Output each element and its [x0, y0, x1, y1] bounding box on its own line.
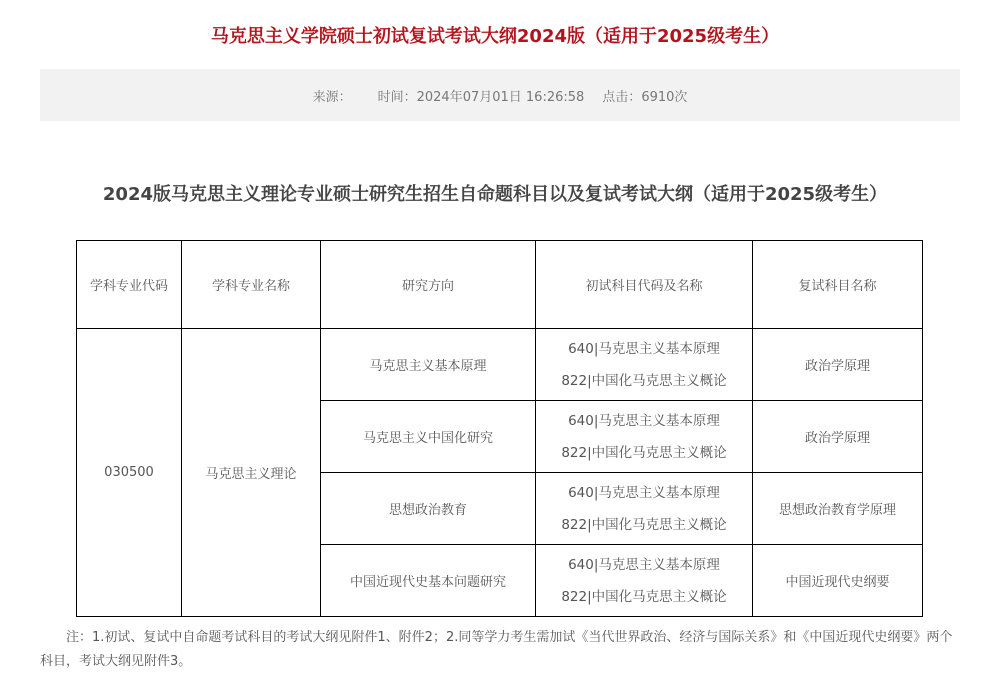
meta-source-label: 来源： — [313, 90, 352, 105]
initial-subject-line: 822|中国化马克思主义概论 — [536, 509, 752, 541]
initial-subject-line: 822|中国化马克思主义概论 — [536, 365, 752, 397]
cell-direction: 马克思主义基本原理 — [321, 329, 536, 401]
meta-clicks-label: 点击： — [602, 90, 641, 105]
cell-retest-subject: 中国近现代史纲要 — [753, 545, 923, 617]
cell-direction: 马克思主义中国化研究 — [321, 401, 536, 473]
cell-direction: 思想政治教育 — [321, 473, 536, 545]
cell-retest-subject: 政治学原理 — [753, 329, 923, 401]
header-research-direction: 研究方向 — [321, 241, 536, 329]
article-title: 马克思主义学院硕士初试复试考试大纲2024版（适用于2025级考生） — [0, 24, 990, 50]
table-row: 030500 马克思主义理论 马克思主义基本原理 640|马克思主义基本原理 8… — [77, 329, 923, 401]
article-meta-bar: 来源： 时间：2024年07月01日 16:26:58 点击：6910次 — [40, 69, 960, 121]
cell-retest-subject: 思想政治教育学原理 — [753, 473, 923, 545]
cell-direction: 中国近现代史基本问题研究 — [321, 545, 536, 617]
meta-time-label: 时间： — [378, 90, 417, 105]
initial-subject-line: 640|马克思主义基本原理 — [536, 405, 752, 437]
section-title: 2024版马克思主义理论专业硕士研究生招生自命题科目以及复试考试大纲（适用于20… — [0, 181, 990, 209]
exam-subjects-table: 学科专业代码 学科专业名称 研究方向 初试科目代码及名称 复试科目名称 0305… — [76, 240, 923, 617]
footnote: 注：1.初试、复试中自命题考试科目的考试大纲见附件1、附件2；2.同等学力考生需… — [40, 626, 955, 674]
initial-subject-line: 822|中国化马克思主义概论 — [536, 437, 752, 469]
article-page: 马克思主义学院硕士初试复试考试大纲2024版（适用于2025级考生） 来源： 时… — [0, 0, 990, 686]
header-discipline-name: 学科专业名称 — [182, 241, 321, 329]
cell-discipline-code: 030500 — [77, 329, 182, 617]
cell-initial-subjects: 640|马克思主义基本原理 822|中国化马克思主义概论 — [536, 329, 753, 401]
header-initial-subjects: 初试科目代码及名称 — [536, 241, 753, 329]
cell-retest-subject: 政治学原理 — [753, 401, 923, 473]
initial-subject-line: 640|马克思主义基本原理 — [536, 549, 752, 581]
cell-initial-subjects: 640|马克思主义基本原理 822|中国化马克思主义概论 — [536, 473, 753, 545]
header-retest-subject: 复试科目名称 — [753, 241, 923, 329]
initial-subject-line: 640|马克思主义基本原理 — [536, 477, 752, 509]
initial-subject-line: 640|马克思主义基本原理 — [536, 333, 752, 365]
meta-time-value: 2024年07月01日 16:26:58 — [417, 90, 585, 105]
meta-time: 时间：2024年07月01日 16:26:58 — [378, 86, 585, 105]
meta-source: 来源： — [313, 86, 352, 105]
cell-initial-subjects: 640|马克思主义基本原理 822|中国化马克思主义概论 — [536, 545, 753, 617]
cell-discipline-name: 马克思主义理论 — [182, 329, 321, 617]
meta-clicks: 点击：6910次 — [602, 86, 687, 105]
cell-initial-subjects: 640|马克思主义基本原理 822|中国化马克思主义概论 — [536, 401, 753, 473]
initial-subject-line: 822|中国化马克思主义概论 — [536, 581, 752, 613]
meta-clicks-value: 6910次 — [641, 90, 687, 105]
header-discipline-code: 学科专业代码 — [77, 241, 182, 329]
table-header-row: 学科专业代码 学科专业名称 研究方向 初试科目代码及名称 复试科目名称 — [77, 241, 923, 329]
